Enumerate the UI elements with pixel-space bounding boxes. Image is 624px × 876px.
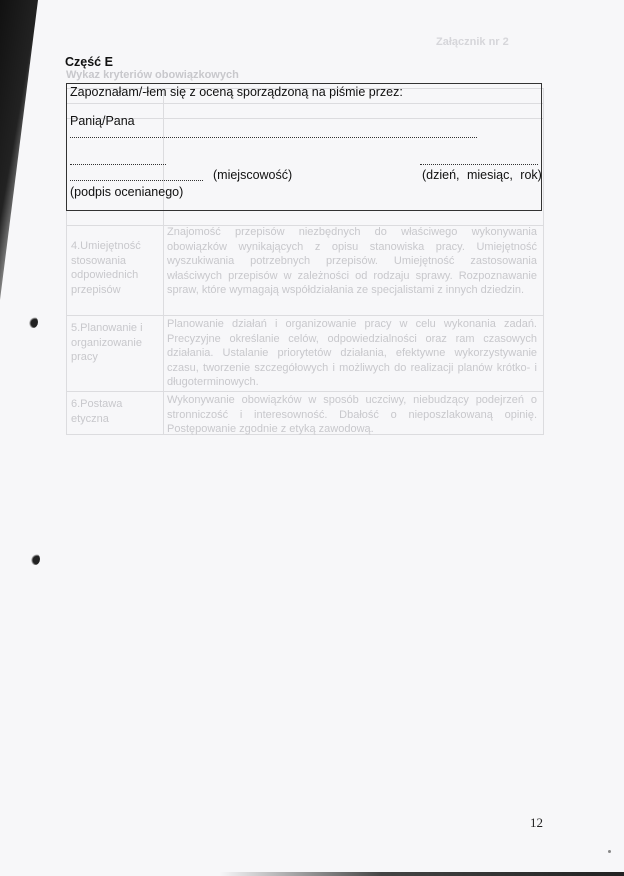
- show-through-description: Wykonywanie obowiązków w sposób uczciwy,…: [167, 393, 537, 437]
- acknowledgement-form: Zapoznałam/-łem się z oceną sporządzoną …: [66, 83, 542, 211]
- show-through-criterion: 6.Postawa etyczna: [71, 397, 159, 426]
- section-title: Część E: [65, 55, 113, 69]
- punch-hole: [28, 316, 38, 328]
- show-through-description: Znajomość przepisów niezbędnych do właśc…: [167, 225, 537, 298]
- punch-hole: [30, 553, 40, 565]
- show-through-criterion: 4.Umiejętność stosowania odpowiednich pr…: [71, 239, 159, 297]
- date-label: (dzień, miesiąc, rok): [422, 168, 542, 182]
- show-through-description: Planowanie działań i organizowanie pracy…: [167, 317, 537, 390]
- scan-speck: [608, 850, 611, 853]
- addressee-label: Panią/Pana: [70, 114, 135, 128]
- date-field[interactable]: [420, 164, 538, 165]
- signature-label: (podpis ocenianego): [70, 185, 183, 199]
- place-label: (miejscowość): [213, 168, 292, 182]
- show-through-row-divider: [67, 315, 543, 316]
- statement-text: Zapoznałam/-łem się z oceną sporządzoną …: [70, 85, 403, 99]
- scan-bottom-edge: [220, 872, 624, 876]
- show-through-criterion: 5.Planowanie i organizowanie pracy: [71, 321, 159, 365]
- scan-shadow-edge: [0, 0, 60, 876]
- signature-field[interactable]: [70, 164, 166, 165]
- show-through-row-divider: [67, 391, 543, 392]
- page-number: 12: [530, 815, 543, 831]
- place-field[interactable]: [70, 180, 203, 181]
- attachment-label: Załącznik nr 2: [436, 36, 509, 48]
- addressee-field[interactable]: [70, 137, 477, 138]
- show-through-title: Wykaz kryteriów obowiązkowych: [66, 68, 239, 83]
